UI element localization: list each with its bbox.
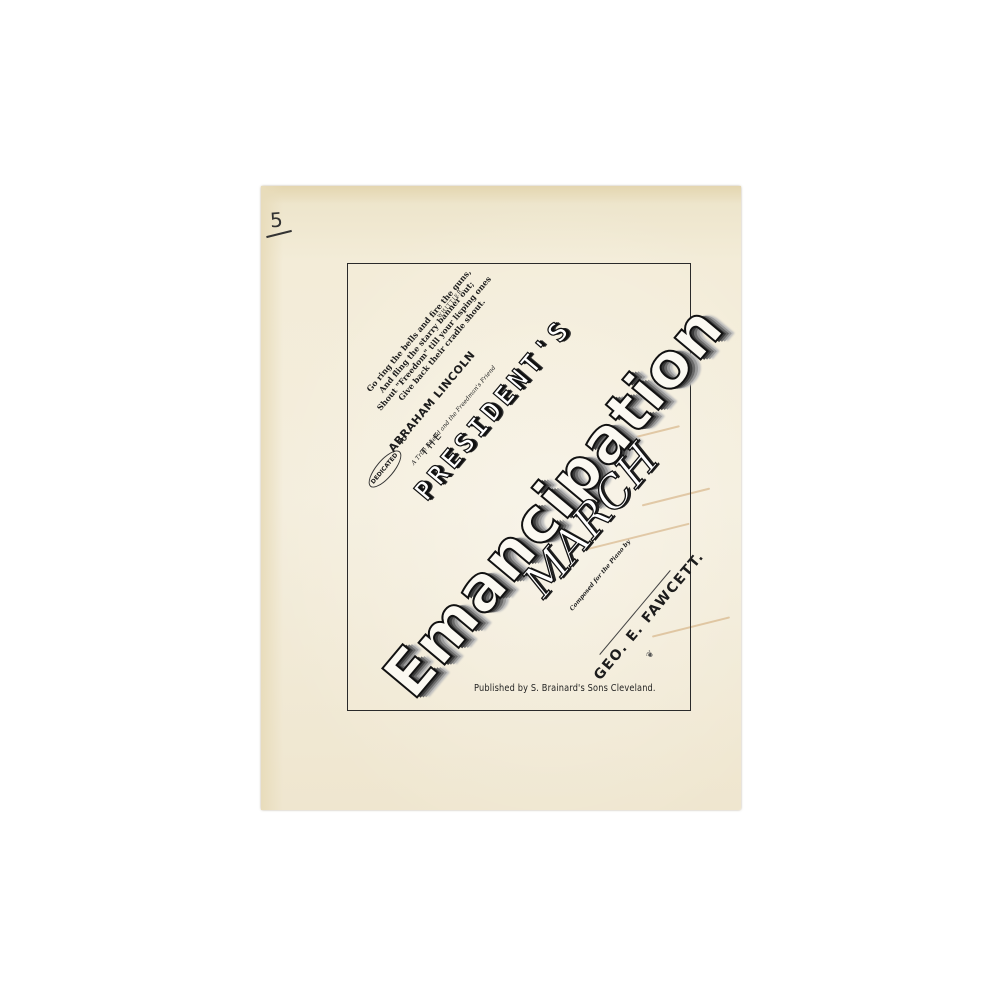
page-number: 5 (269, 208, 283, 233)
publisher-imprint: Published by S. Brainard's Sons Clevelan… (474, 683, 656, 694)
